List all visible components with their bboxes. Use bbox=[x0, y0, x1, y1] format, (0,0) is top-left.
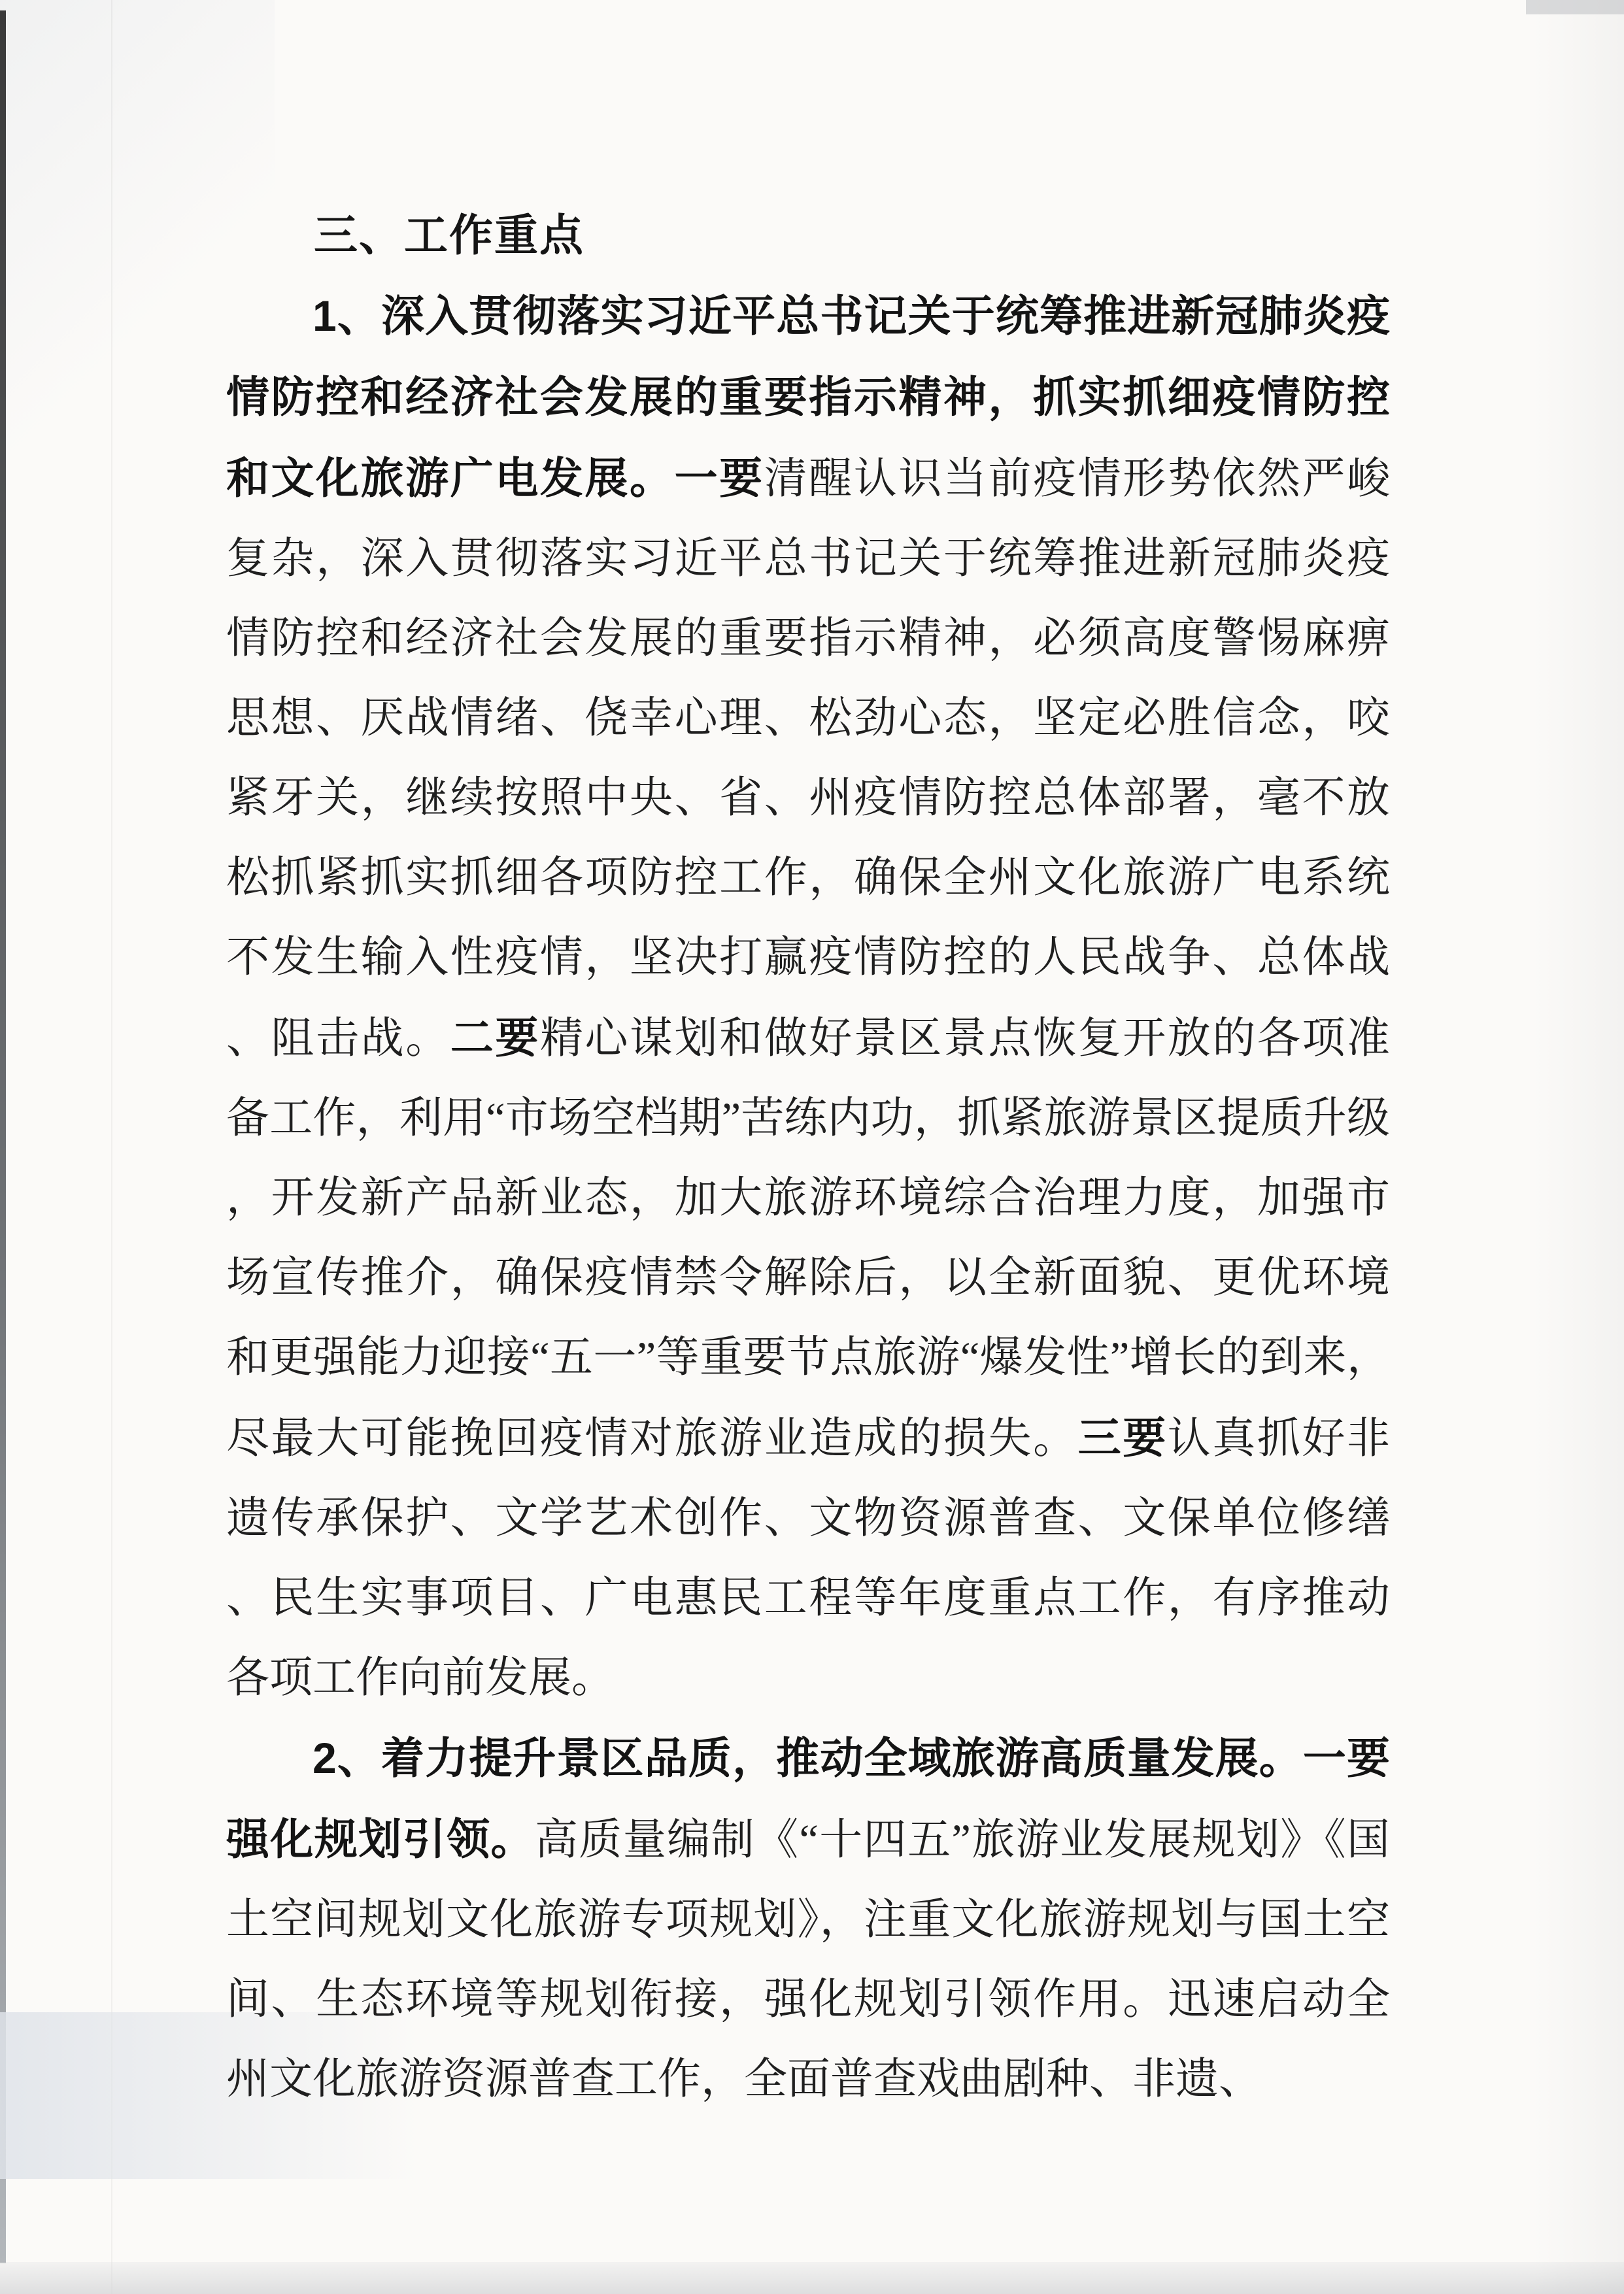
scan-edge-bottom bbox=[0, 2262, 1624, 2294]
paragraph-1: 1、深入贯彻落实习近平总书记关于统筹推进新冠肺炎疫情防控和经济社会发展的重要指示… bbox=[226, 276, 1390, 1718]
document-body: 三、工作重点 1、深入贯彻落实习近平总书记关于统筹推进新冠肺炎疫情防控和经济社会… bbox=[226, 196, 1390, 2119]
paragraph-2-lead-sentence: 2、着力提升景区品质，推动全域旅游高质量发展。 bbox=[313, 1734, 1303, 1782]
scan-edge-top-right bbox=[1526, 0, 1624, 14]
marker-yiyao: 一要 bbox=[675, 454, 764, 502]
section-heading: 三、工作重点 bbox=[226, 196, 1390, 276]
scan-crease-line bbox=[111, 0, 112, 2294]
marker-eryao: 二要 bbox=[450, 1013, 540, 1062]
paragraph-2: 2、着力提升景区品质，推动全域旅游高质量发展。一要强化规划引领。高质量编制《“十… bbox=[226, 1718, 1390, 2119]
paragraph-1-body-2: 精心谋划和做好景区景点恢复开放的各项准备工作，利用“市场空档期”苦练内功，抓紧旅… bbox=[226, 1015, 1390, 1462]
scan-edge-left bbox=[0, 10, 6, 2263]
marker-sanyao: 三要 bbox=[1078, 1413, 1168, 1462]
scan-shadow-right bbox=[1532, 0, 1624, 2294]
scanned-document-page: 三、工作重点 1、深入贯彻落实习近平总书记关于统筹推进新冠肺炎疫情防控和经济社会… bbox=[0, 0, 1624, 2294]
paragraph-1-body-1: 清醒认识当前疫情形势依然严峻复杂，深入贯彻落实习近平总书记关于统筹推进新冠肺炎疫… bbox=[226, 455, 1390, 1062]
